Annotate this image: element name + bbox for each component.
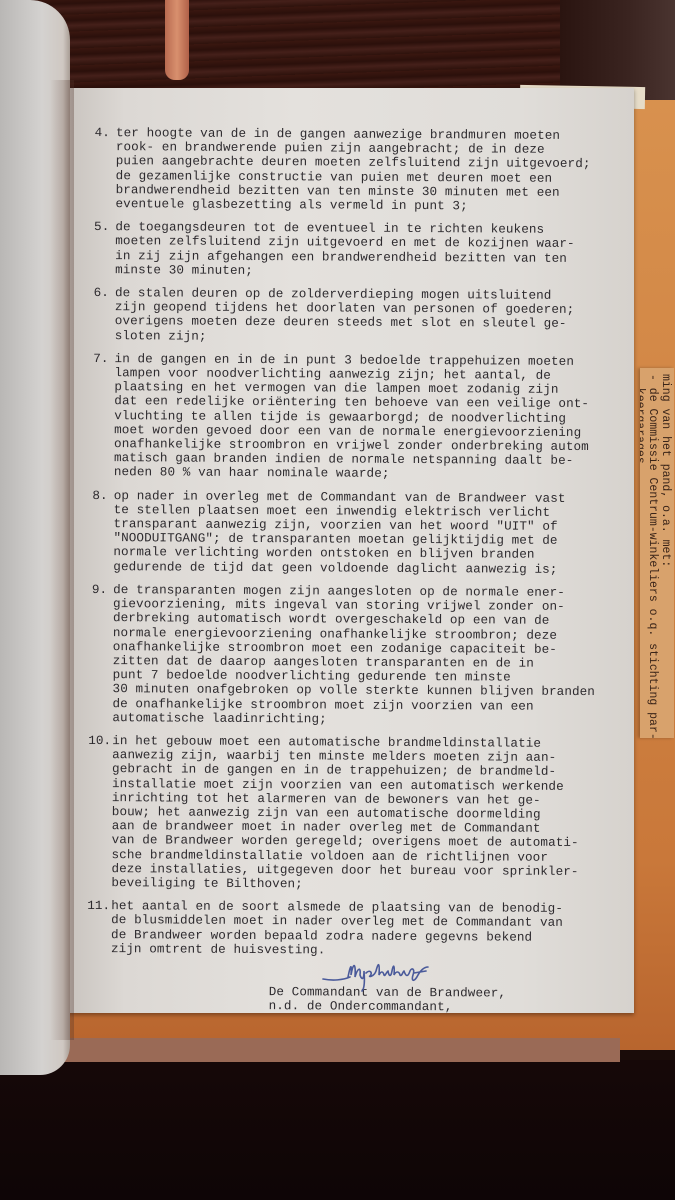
item-text: ter hoogte van de in de gangen aanwezige…	[115, 126, 637, 214]
item-number: 7.	[90, 352, 115, 480]
document-body: 4.ter hoogte van de in de gangen aanwezi…	[87, 126, 637, 1016]
strip-line: - de Commissie Centrum-winkeliers o.q. s…	[646, 374, 659, 738]
closing-line-2: n.d. de Ondercommandant,	[269, 999, 632, 1015]
item-text: het aantal en de soort alsmede de plaats…	[111, 899, 632, 959]
folder-bottom-edge	[20, 1038, 620, 1062]
item-number: 9.	[88, 583, 113, 725]
item-number: 5.	[91, 220, 115, 277]
text-line: automatische laadinrichting;	[112, 711, 633, 728]
requirement-item: 8.op nader in overleg met de Commandant …	[89, 489, 635, 578]
requirement-item: 10.in het gebouw moet een automatische b…	[87, 734, 633, 894]
dark-foreground	[0, 1060, 675, 1200]
requirement-item: 6.de stalen deuren op de zolderverdiepin…	[91, 286, 636, 346]
requirement-item: 9.de transparanten mogen zijn aangeslote…	[88, 583, 634, 728]
side-paper-strip: ming van het pand, o.a. met:- de Commiss…	[640, 368, 674, 738]
page-shadow	[50, 80, 74, 1040]
item-text: op nader in overleg met de Commandant va…	[113, 489, 635, 577]
item-number: 8.	[89, 489, 114, 574]
requirement-list: 4.ter hoogte van de in de gangen aanwezi…	[87, 126, 637, 959]
item-number: 4.	[91, 126, 116, 211]
pencil	[165, 0, 189, 80]
text-line: gedurende de tijd dat geen voldoende dag…	[113, 560, 634, 577]
item-text: de toegangsdeuren tot de eventueel in te…	[115, 220, 636, 280]
item-number: 6.	[91, 286, 115, 343]
requirement-item: 4.ter hoogte van de in de gangen aanwezi…	[91, 126, 637, 215]
requirement-item: 11.het aantal en de soort alsmede de pla…	[87, 899, 632, 959]
requirement-item: 5.de toegangsdeuren tot de eventueel in …	[91, 220, 636, 280]
item-text: de transparanten mogen zijn aangesloten …	[112, 583, 634, 728]
item-text: in de gangen en in de in punt 3 bedoelde…	[114, 352, 636, 483]
item-number: 10.	[87, 734, 112, 890]
strip-line: ming van het pand, o.a. met:	[659, 374, 672, 738]
handwritten-signature	[318, 953, 438, 993]
requirement-item: 7.in de gangen en in de in punt 3 bedoel…	[90, 352, 636, 483]
item-text: de stalen deuren op de zolderverdieping …	[115, 286, 636, 346]
text-line: neden 80 % van haar nominale waarde;	[114, 466, 635, 483]
side-strip-text: ming van het pand, o.a. met:- de Commiss…	[640, 374, 672, 738]
item-number: 11.	[87, 899, 111, 956]
item-text: in het gebouw moet een automatische bran…	[111, 734, 633, 893]
